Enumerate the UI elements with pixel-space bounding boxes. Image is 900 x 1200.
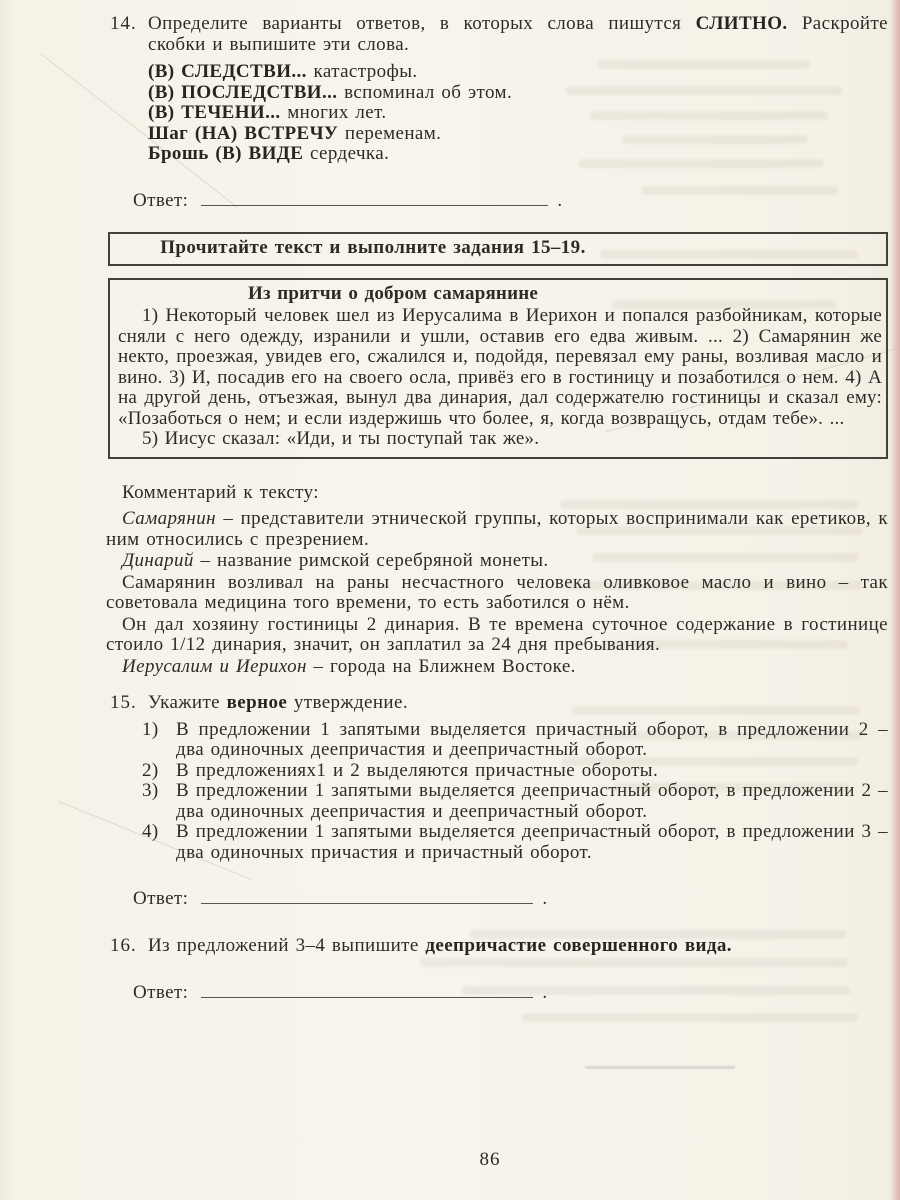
answer-blank [201,191,548,206]
text-paragraph-1: 1) Некоторый человек шел из Иерусалима в… [118,306,882,429]
answer-row-15: Ответ: . [133,889,888,910]
question-15-options: 1)В предложении 1 запятыми выделяется пр… [142,720,888,864]
question-15-prompt: Укажите верное утверждение. [148,693,888,714]
answer-period: . [542,983,547,1004]
question-16-number: 16. [110,936,148,957]
answer-label: Ответ: [133,191,188,212]
answer-row-16: Ответ: . [133,983,888,1004]
question-14-number: 14. [110,14,148,165]
question-16-body: Из предложений 3–4 выпишите деепричастие… [148,936,888,957]
bleedthrough-smudge [522,1013,858,1022]
option-line: (В) ТЕЧЕНИ... многих лет. [148,103,888,124]
workbook-page: 14. Определите варианты ответов, в котор… [0,0,900,1200]
instruction-box: Прочитайте текст и выполните задания 15–… [108,232,888,266]
answer-label: Ответ: [133,889,188,910]
question-15-body: Укажите верное утверждение. 1)В предложе… [148,693,888,863]
option-line: Брошь (В) ВИДЕ сердечка. [148,144,888,165]
option-item: 1)В предложении 1 запятыми выделяется пр… [142,720,888,761]
option-line: (В) СЛЕДСТВИ... катастрофы. [148,62,888,83]
page-number: 86 [40,1150,900,1171]
reading-text-box: Из притчи о добром самарянине 1) Некотор… [108,278,888,459]
answer-period: . [542,889,547,910]
commentary-item: Динарий – название римской серебряной мо… [106,551,888,572]
answer-blank [201,983,533,998]
answer-label: Ответ: [133,983,188,1004]
option-item: 3)В предложении 1 запятыми выделяется де… [142,781,888,822]
commentary-item: Самарянин – представители этнической гру… [106,509,888,550]
option-line: Шаг (НА) ВСТРЕЧУ переменам. [148,124,888,145]
question-14-options: (В) СЛЕДСТВИ... катастрофы. (В) ПОСЛЕДСТ… [148,62,888,165]
commentary-item: Иерусалим и Иерихон – города на Ближнем … [106,657,888,678]
option-line: (В) ПОСЛЕДСТВИ... вспоминал об этом. [148,83,888,104]
question-16-prompt: Из предложений 3–4 выпишите деепричастие… [148,936,888,957]
option-item: 4)В предложении 1 запятыми выделяется де… [142,822,888,863]
answer-period: . [557,191,562,212]
question-15: 15. Укажите верное утверждение. 1)В пред… [110,693,888,863]
commentary-item: Он дал хозяину гостиницы 2 динария. В те… [106,615,888,656]
question-14-prompt: Определите варианты ответов, в которых с… [148,14,888,55]
answer-blank [201,889,533,904]
commentary-heading: Комментарий к тексту: [106,483,888,504]
question-14: 14. Определите варианты ответов, в котор… [110,14,888,165]
text-paragraph-2: 5) Иисус сказал: «Иди, и ты поступай так… [118,429,882,450]
text-title: Из притчи о добром самарянине [118,284,882,305]
commentary-item: Самарянин возливал на раны несчастного ч… [106,573,888,614]
question-16: 16. Из предложений 3–4 выпишите дееприча… [110,936,888,957]
commentary: Комментарий к тексту: Самарянин – предст… [106,483,888,678]
answer-row-14: Ответ: . [133,191,888,212]
option-item: 2)В предложениях1 и 2 выделяются причаст… [142,761,888,782]
question-14-body: Определите варианты ответов, в которых с… [148,14,888,165]
scan-edge-tint [890,0,900,1200]
bleedthrough-smudge [585,1066,735,1069]
page-content: 14. Определите варианты ответов, в котор… [110,14,888,1004]
instruction-text: Прочитайте текст и выполните задания 15–… [160,237,585,258]
